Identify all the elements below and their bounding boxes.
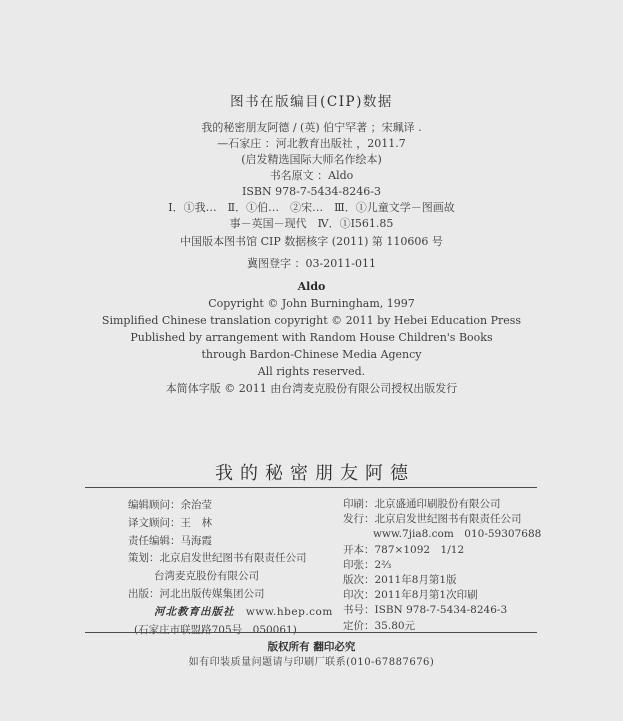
cip-line-isbn: ISBN 978-7-5434-8246-3 [0, 184, 623, 200]
colophon-right-column: 印刷：北京盛通印刷股份有限公司 发行：北京启发世纪图书有限责任公司 www.7j… [343, 497, 573, 634]
copyright-line-translation: Simplified Chinese translation copyright… [0, 312, 623, 329]
cip-line-publisher: —石家庄 ：河北教育出版社 ，2011.7 [0, 136, 623, 152]
quality-contact: 如有印装质量问题请与印刷厂联系(010-67887676) [0, 653, 623, 668]
title-divider-line [85, 487, 537, 488]
distributor-contact: www.7jia8.com 010-59307688 [343, 527, 573, 542]
copyright-line-simplified-edition: 本简体字版 © 2011 由台湾麦克股份有限公司授权出版发行 [0, 380, 623, 397]
book-number-isbn: 书号：ISBN 978-7-5434-8246-3 [343, 603, 573, 618]
copyright-line-author: Copyright © John Burningham, 1997 [0, 295, 623, 312]
planning-company-2: 台湾麦克股份有限公司 [128, 568, 338, 586]
cip-line-title-author: 我的秘密朋友阿德 / (英) 伯宁罕著 ；宋珮译 . [0, 120, 623, 136]
printer: 印刷：北京盛通印刷股份有限公司 [343, 497, 573, 512]
publisher-logo-line: 河北教育出版社 www.hbep.com [128, 604, 338, 622]
cip-line-original-title: 书名原文 ：Aldo [0, 168, 623, 184]
colophon-left-column: 编辑顾问：余治莹 译文顾问：王 林 责任编辑：马海霞 策划：北京启发世纪图书有限… [128, 497, 338, 639]
copyright-page: 图书在版编目(CIP)数据 我的秘密朋友阿德 / (英) 伯宁罕著 ；宋珮译 .… [0, 0, 623, 721]
publisher-address: (石家庄市联盟路705号 050061) [128, 622, 338, 640]
cip-header: 图书在版编目(CIP)数据 [0, 90, 623, 110]
cip-line-classification-2: 事－英国－现代 Ⅳ．①I561.85 [0, 216, 623, 232]
original-title: Aldo [0, 278, 623, 295]
copyright-line-agency: through Bardon-Chinese Media Agency [0, 346, 623, 363]
planning-company-1: 策划：北京启发世纪图书有限责任公司 [128, 550, 338, 568]
publisher-logo-script: 河北教育出版社 [154, 606, 235, 618]
format: 开本：787×1092 1/12 [343, 543, 573, 558]
translation-consultant: 译文顾问：王 林 [128, 515, 338, 533]
cip-line-series: (启发精选国际大师名作绘本) [0, 152, 623, 168]
publisher-website: www.hbep.com [246, 606, 333, 618]
rights-notice: 版权所有 翻印必究 [0, 639, 623, 654]
edition: 版次：2011年8月第1版 [343, 573, 573, 588]
copyright-block: Aldo Copyright © John Burningham, 1997 S… [0, 278, 623, 397]
cip-line-classification-1: Ⅰ．①我… Ⅱ．①伯… ②宋… Ⅲ．①儿童文学－图画故 [0, 200, 623, 216]
book-title: 我的秘密朋友阿德 [0, 459, 623, 485]
cip-line-record-number: 中国版本图书馆 CIP 数据核字 (2011) 第 110606 号 [0, 234, 623, 250]
responsible-editor: 责任编辑：马海霞 [128, 533, 338, 551]
cip-data-block: 我的秘密朋友阿德 / (英) 伯宁罕著 ；宋珮译 . —石家庄 ：河北教育出版社… [0, 120, 623, 272]
footer-divider-line [85, 632, 537, 633]
printed-sheets: 印张：2⅔ [343, 558, 573, 573]
cip-line-registration: 冀图登字 ：03-2011-011 [0, 256, 623, 272]
distributor: 发行：北京启发世纪图书有限责任公司 [343, 512, 573, 527]
copyright-line-arrangement: Published by arrangement with Random Hou… [0, 329, 623, 346]
publishing-group: 出版：河北出版传媒集团公司 [128, 586, 338, 604]
editorial-consultant: 编辑顾问：余治莹 [128, 497, 338, 515]
impression: 印次：2011年8月第1次印刷 [343, 588, 573, 603]
copyright-line-rights: All rights reserved. [0, 363, 623, 380]
